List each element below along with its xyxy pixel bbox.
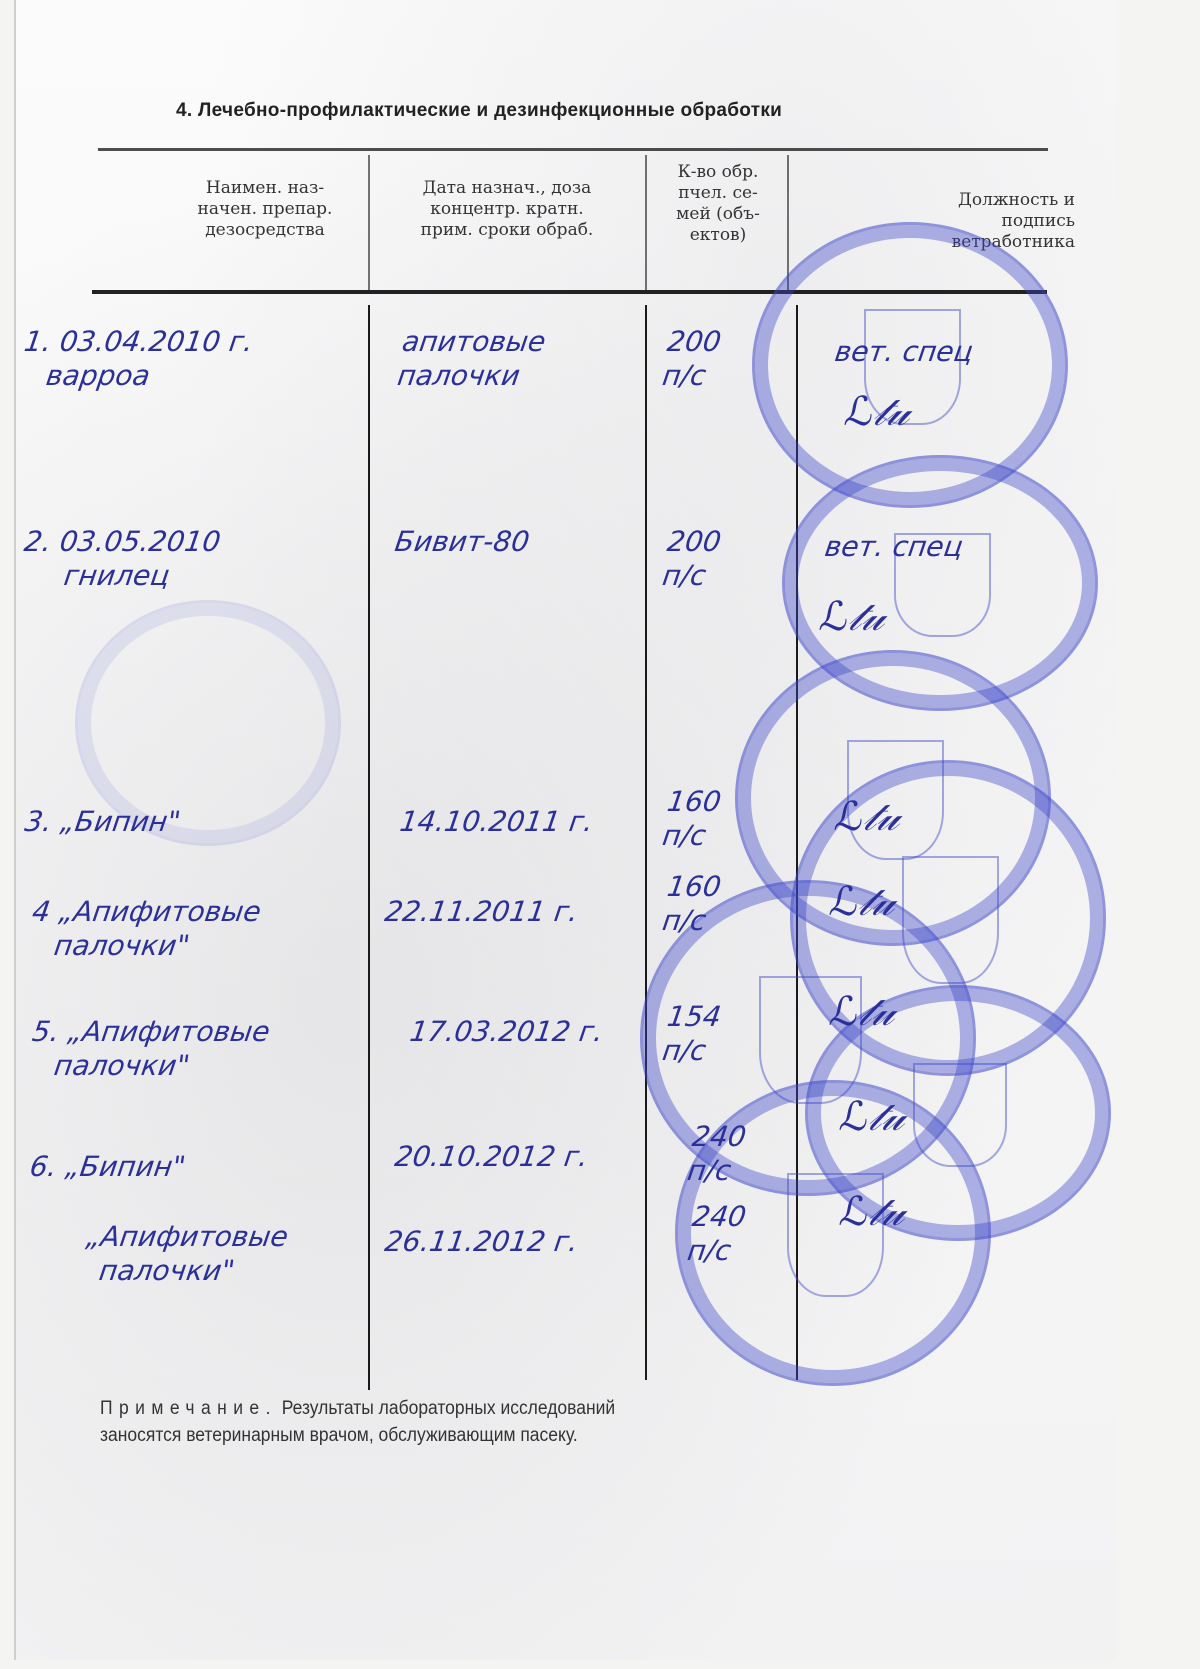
note-label: Примечание. <box>100 1398 277 1419</box>
table-top-rule <box>98 148 1048 151</box>
row7-signature: ℒ𝓉𝓊 <box>838 1195 908 1229</box>
row4-date: 22.11.2011 г. <box>383 895 581 929</box>
column-divider-2 <box>645 305 647 1380</box>
row4-drug: 4 „Апифитовые палочки" <box>25 895 263 963</box>
row2-date: Бивит-80 <box>393 525 532 559</box>
row2-drug: 2. 03.05.2010 гнилец <box>17 525 222 593</box>
row7-date: 26.11.2012 г. <box>383 1225 581 1259</box>
row6-date: 20.10.2012 г. <box>393 1140 591 1174</box>
row2-signature: ℒ𝓉𝓊 <box>818 600 888 634</box>
row1-drug: 1. 03.04.2010 г. варроа <box>17 325 255 393</box>
row2-count: 200 п/с <box>660 525 723 593</box>
row3-signature: ℒ𝓉𝓊 <box>833 800 903 834</box>
row4-signature: ℒ𝓉𝓊 <box>828 885 898 919</box>
row6-signature: ℒ𝓉𝓊 <box>838 1100 908 1134</box>
section-title: 4. Лечебно-профилактические и дезинфекци… <box>176 100 782 122</box>
header-colonies-count: К-во обр. пчел. се- мей (объ- ектов) <box>648 162 788 246</box>
row6-drug: 6. „Бипин" <box>28 1150 188 1184</box>
row2-position: вет. спец <box>823 530 966 564</box>
row6-count: 240 п/с <box>685 1120 748 1188</box>
column-divider-1 <box>368 305 370 1390</box>
row7-drug: „Апифитовые палочки" <box>70 1220 290 1288</box>
row5-signature: ℒ𝓉𝓊 <box>828 995 898 1029</box>
footnote: Примечание. Результаты лабораторных иссл… <box>100 1395 615 1449</box>
row3-date: 14.10.2011 г. <box>398 805 596 839</box>
row4-count: 160 п/с <box>660 870 723 938</box>
row3-drug: 3. „Бипин" <box>23 805 183 839</box>
row7-count: 240 п/с <box>685 1200 748 1268</box>
header-drug-name: Наимен. наз- начен. препар. дезосредства <box>165 178 365 241</box>
row1-count: 200 п/с <box>660 325 723 393</box>
row1-position: вет. спец <box>833 335 976 369</box>
row1-signature: ℒ𝓉𝓊 <box>843 395 913 429</box>
header-divider-1 <box>368 155 370 290</box>
note-line1: Результаты лабораторных исследований <box>282 1398 615 1419</box>
note-line2: заносятся ветеринарным врачом, обслужива… <box>100 1422 615 1449</box>
row5-count: 154 п/с <box>660 1000 723 1068</box>
row1-date: апитовые палочки <box>395 325 548 393</box>
row5-date: 17.03.2012 г. <box>408 1015 606 1049</box>
row3-count: 160 п/с <box>660 785 723 853</box>
row5-drug: 5. „Апифитовые палочки" <box>25 1015 272 1083</box>
header-divider-2 <box>645 155 647 290</box>
header-date-dose: Дата назнач., доза концентр. кратн. прим… <box>372 178 642 241</box>
